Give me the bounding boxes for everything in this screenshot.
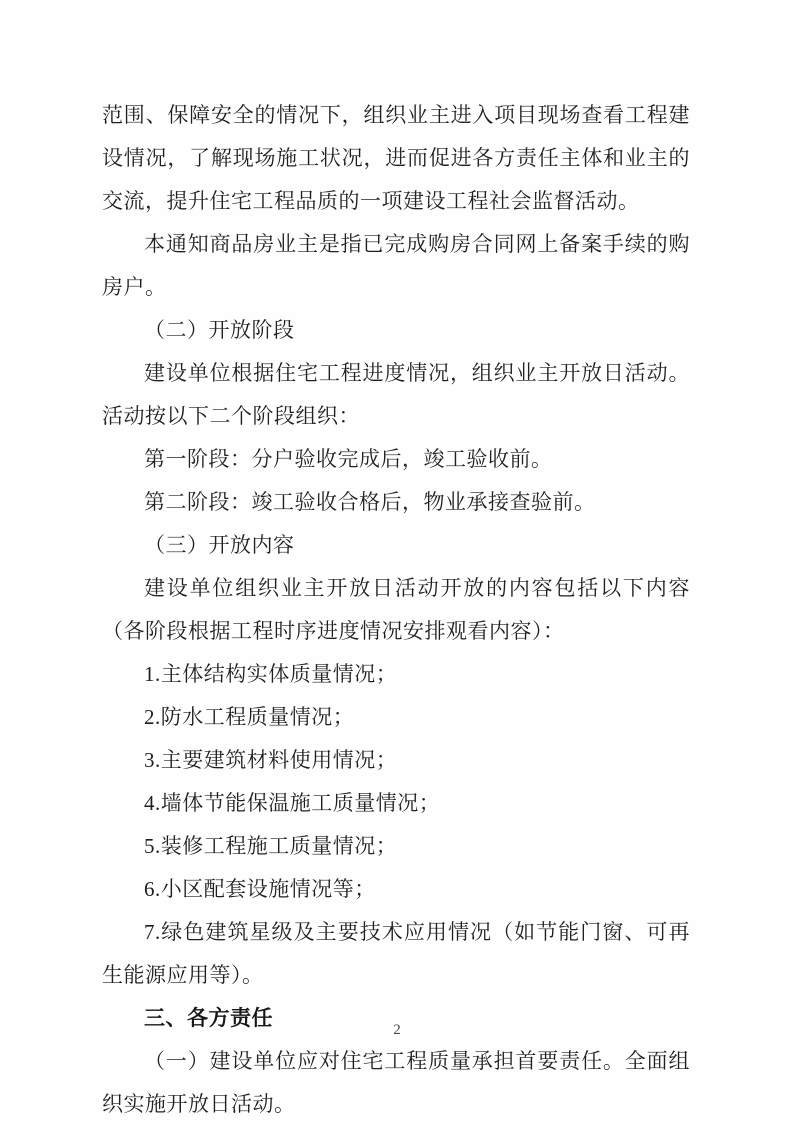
list-item: 4.墙体节能保温施工质量情况；	[102, 782, 690, 825]
body-paragraph: 第一阶段：分户验收完成后，竣工验收前。	[102, 438, 690, 481]
list-item: 2.防水工程质量情况；	[102, 696, 690, 739]
body-paragraph: 第二阶段：竣工验收合格后，物业承接查验前。	[102, 481, 690, 524]
section-heading: （三）开放内容	[102, 524, 690, 567]
list-item: 3.主要建筑材料使用情况；	[102, 739, 690, 782]
body-paragraph: 本通知商品房业主是指已完成购房合同网上备案手续的购房户。	[102, 223, 690, 309]
list-item: 6.小区配套设施情况等；	[102, 868, 690, 911]
document-body: 范围、保障安全的情况下，组织业主进入项目现场查看工程建设情况，了解现场施工状况，…	[102, 94, 690, 1123]
list-item: 1.主体结构实体质量情况；	[102, 653, 690, 696]
body-paragraph: 建设单位根据住宅工程进度情况，组织业主开放日活动。活动按以下二个阶段组织：	[102, 352, 690, 438]
list-item: 7.绿色建筑星级及主要技术应用情况（如节能门窗、可再生能源应用等）。	[102, 911, 690, 997]
list-item: 5.装修工程施工质量情况；	[102, 825, 690, 868]
body-paragraph: 范围、保障安全的情况下，组织业主进入项目现场查看工程建设情况，了解现场施工状况，…	[102, 94, 690, 223]
page-number: 2	[0, 1022, 794, 1039]
document-page: 范围、保障安全的情况下，组织业主进入项目现场查看工程建设情况，了解现场施工状况，…	[0, 0, 794, 1123]
body-paragraph: （一）建设单位应对住宅工程质量承担首要责任。全面组织实施开放日活动。	[102, 1040, 690, 1123]
section-heading: （二）开放阶段	[102, 309, 690, 352]
body-paragraph: 建设单位组织业主开放日活动开放的内容包括以下内容（各阶段根据工程时序进度情况安排…	[102, 567, 690, 653]
